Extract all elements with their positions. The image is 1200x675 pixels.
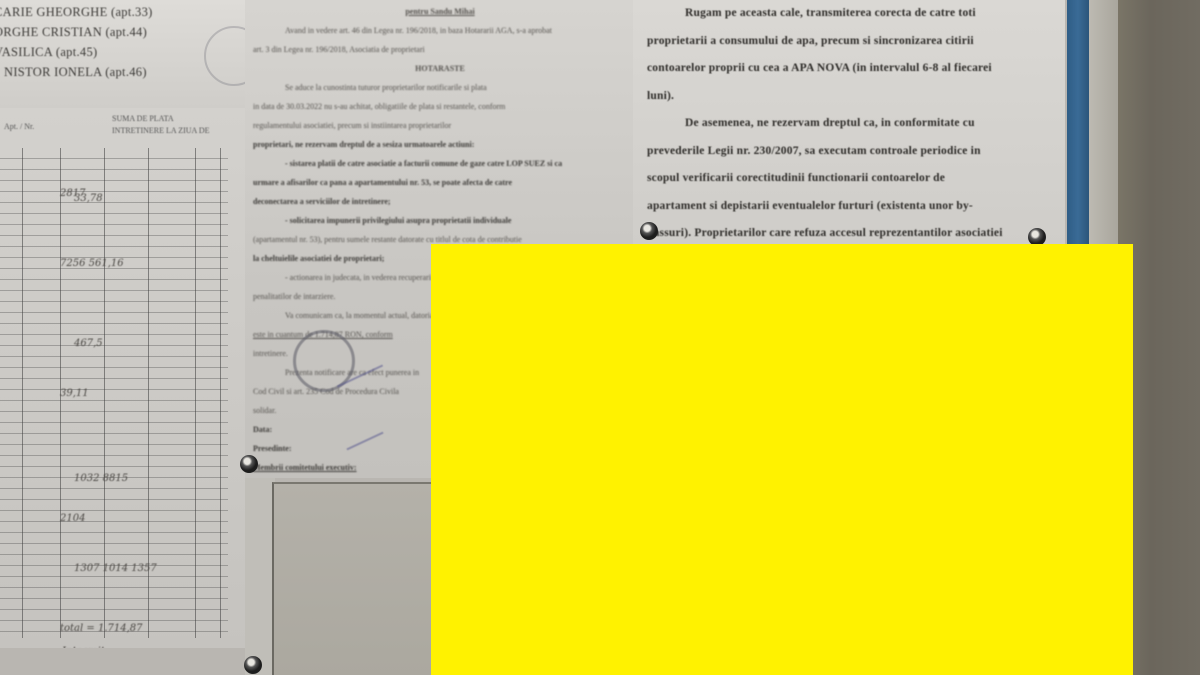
document-text-line: art. 3 din Legea nr. 196/2018, Asociatia… bbox=[245, 40, 635, 59]
water-meter-notice-paper: Rugam pe aceasta cale, transmiterea core… bbox=[633, 0, 1065, 245]
document-text-line: Se aduce la cunostinta tuturor proprieta… bbox=[245, 78, 635, 97]
residents-list-paper: CARIE GHEORGHE (apt.33) ORGHE CRISTIAN (… bbox=[0, 0, 250, 108]
document-text-line: - sistarea platii de catre asociatie a f… bbox=[245, 154, 635, 173]
pin-icon bbox=[240, 455, 258, 473]
handwritten-entry: 7256 561,16 bbox=[60, 258, 124, 269]
document-text-line: luni). bbox=[633, 83, 1065, 111]
table-header-right: SUMA DE PLATA bbox=[112, 114, 174, 123]
board-surface bbox=[245, 478, 275, 675]
table-header-left: Apt. / Nr. bbox=[4, 122, 34, 131]
pin-icon bbox=[244, 656, 262, 674]
document-text-line: deconectarea a serviciilor de intretiner… bbox=[245, 192, 635, 211]
handwritten-entry: 1307 1014 1357 bbox=[74, 563, 157, 574]
document-text-line: contoarelor proprii cu cea a APA NOVA (i… bbox=[633, 55, 1065, 83]
document-text-line: pentru Sandu Mihai bbox=[245, 2, 635, 21]
handwritten-entry: total = 1.714,87 bbox=[60, 623, 143, 634]
document-text-line: Rugam pe aceasta cale, transmiterea core… bbox=[633, 0, 1065, 28]
board-frame bbox=[1067, 0, 1089, 245]
handwritten-entry: 467,5 bbox=[74, 338, 103, 349]
handwritten-entry: 1032 8815 bbox=[74, 473, 128, 484]
document-text-line: proprietarii a consumului de apa, precum… bbox=[633, 28, 1065, 56]
document-text-line: urmare a afisarilor ca pana a apartament… bbox=[245, 173, 635, 192]
handwritten-entry: 33,78 bbox=[74, 193, 103, 204]
document-text-line: apartament si depistarii eventualelor fu… bbox=[633, 193, 1065, 221]
redaction-box bbox=[431, 244, 1133, 675]
handwritten-entry: 39,11 bbox=[60, 388, 89, 399]
document-text-line: De asemenea, ne rezervam dreptul ca, in … bbox=[633, 110, 1065, 138]
pin-icon bbox=[640, 222, 658, 240]
document-text-line: HOTARASTE bbox=[245, 59, 635, 78]
document-text-line: - solicitarea impunerii privilegiului as… bbox=[245, 211, 635, 230]
blank-paper bbox=[272, 482, 434, 675]
board-frame-edge bbox=[1089, 0, 1118, 245]
document-text-line: Avand in vedere art. 46 din Legea nr. 19… bbox=[245, 21, 635, 40]
document-text-line: in data de 30.03.2022 nu s-au achitat, o… bbox=[245, 97, 635, 116]
document-text-line: proprietari, ne rezervam dreptul de a se… bbox=[245, 135, 635, 154]
document-text-line: passuri). Proprietarilor care refuza acc… bbox=[633, 220, 1065, 245]
resident-name: CARIE GHEORGHE (apt.33) bbox=[0, 2, 250, 22]
table-header-right: INTRETINERE LA ZIUA DE bbox=[112, 126, 210, 135]
document-text-line: regulamentului asociatiei, precum si ins… bbox=[245, 116, 635, 135]
document-text-line: scopul verificarii corectitudinii functi… bbox=[633, 165, 1065, 193]
handwritten-entry: 2104 bbox=[60, 513, 85, 524]
document-text-line: prevederile Legii nr. 230/2007, sa execu… bbox=[633, 138, 1065, 166]
ledger-table-paper: Apt. / Nr. SUMA DE PLATA INTRETINERE LA … bbox=[0, 108, 245, 648]
footer-note: Intocmit bbox=[62, 646, 105, 648]
